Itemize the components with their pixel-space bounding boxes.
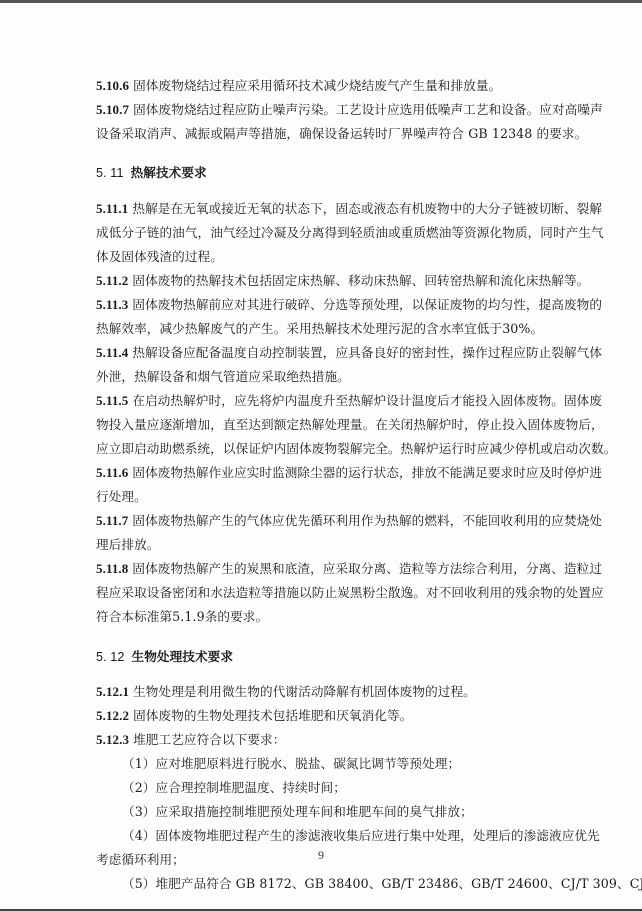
clause-text: 在启动热解炉时，应先将炉内温度升至热解炉设计温度后才能投入固体废物。固体废 (132, 393, 602, 408)
top-border (0, 0, 642, 3)
clause-number: 5.12.1 (96, 684, 129, 699)
clause-number: 5.10.7 (96, 102, 129, 117)
clause-text: 体及固体残渣的过程。 (96, 249, 223, 264)
clause-text: 生物处理是利用微生物的代谢活动降解有机固体废物的过程。 (133, 684, 476, 699)
clause-text: 热解是在无氧或接近无氧的状态下，固态或液态有机废物中的大分子链被切断、裂解 (132, 201, 602, 216)
clause-number: 5.11.8 (96, 561, 128, 576)
paragraph-line: 设备采取消声、减振或隔声等措施，确保设备运转时厂界噪声符合 GB 12348 的… (96, 126, 587, 142)
paragraph-line: 5.12.2固体废物的生物处理技术包括堆肥和厌氧消化等。 (96, 708, 412, 724)
clause-number: 5.10.6 (96, 78, 129, 93)
clause-number: 5.11.2 (96, 273, 128, 288)
clause-number: 5.12.3 (96, 732, 129, 747)
clause-text: 成低分子链的油气，油气经过冷凝及分离得到轻质油或重质燃油等资源化物质，同时产生气 (96, 225, 604, 240)
page-number: 9 (0, 848, 642, 863)
clause-text: 固体废物的热解技术包括固定床热解、移动床热解、回转窑热解和流化床热解等。 (132, 273, 589, 288)
clause-text: 热解设备应配备温度自动控制装置，应具备良好的密封性，操作过程应防止裂解气体 (132, 345, 602, 360)
clause-text: 固体废物烧结过程应采用循环技术减少烧结废气产生量和排放量。 (133, 78, 501, 93)
paragraph-line: 5.11.1热解是在无氧或接近无氧的状态下，固态或液态有机废物中的大分子链被切断… (96, 201, 602, 217)
clause-text: （3）应采取措施控制堆肥预处理车间和堆肥车间的臭气排放； (122, 804, 473, 819)
paragraph-line: 5.11.2固体废物的热解技术包括固定床热解、移动床热解、回转窑热解和流化床热解… (96, 273, 589, 289)
paragraph-line: 成低分子链的油气，油气经过冷凝及分离得到轻质油或重质燃油等资源化物质，同时产生气 (96, 225, 604, 241)
list-item-line: （1）应对堆肥原料进行脱水、脱盐、碳氮比调节等预处理； (122, 756, 460, 772)
clause-text: 设备采取消声、减振或隔声等措施，确保设备运转时厂界噪声符合 GB 12348 的… (96, 126, 587, 141)
paragraph-line: 程应采取设备密闭和水法造粒等措施以防止炭黑粉尘散逸。对不回收利用的残余物的处置应 (96, 585, 604, 601)
list-item-line: （3）应采取措施控制堆肥预处理车间和堆肥车间的臭气排放； (122, 804, 473, 820)
clause-text: 固体废物的生物处理技术包括堆肥和厌氧消化等。 (133, 708, 412, 723)
clause-text: 固体废物热解产生的气体应优先循环利用作为热解的燃料，不能回收利用的应焚烧处 (132, 513, 602, 528)
section-heading: 5. 11热解技术要求 (96, 165, 207, 181)
clause-number: 5.11.6 (96, 465, 128, 480)
clause-number: 5.11.5 (96, 393, 128, 408)
clause-text: 应立即启动助燃系统，以保证炉内固体废物裂解完全。热解炉运行时应减少停机或启动次数… (96, 441, 616, 456)
section-title: 生物处理技术要求 (132, 649, 234, 664)
clause-text: （1）应对堆肥原料进行脱水、脱盐、碳氮比调节等预处理； (122, 756, 460, 771)
clause-text: 固体废物热解作业应实时监测除尘器的运行状态，排放不能满足要求时应及时停炉进 (132, 465, 602, 480)
paragraph-line: 5.10.6固体废物烧结过程应采用循环技术减少烧结废气产生量和排放量。 (96, 78, 501, 94)
clause-text: 固体废物热解产生的炭黑和底渣，应采取分离、造粒等方法综合利用，分离、造粒过 (132, 561, 602, 576)
clause-text: 行处理。 (96, 489, 147, 504)
clause-text: 外泄，热解设备和烟气管道应采取绝热措施。 (96, 369, 350, 384)
paragraph-line: 5.11.8固体废物热解产生的炭黑和底渣，应采取分离、造粒等方法综合利用，分离、… (96, 561, 602, 577)
paragraph-line: 应立即启动助燃系统，以保证炉内固体废物裂解完全。热解炉运行时应减少停机或启动次数… (96, 441, 616, 457)
clause-text: 符合本标准第5.1.9条的要求。 (96, 609, 268, 624)
paragraph-line: 5.12.3堆肥工艺应符合以下要求： (96, 732, 285, 748)
clause-text: 物投入量应逐渐增加，直至达到额定热解处理量。在关闭热解炉时，停止投入固体废物后， (96, 417, 604, 432)
paragraph-line: 5.11.4热解设备应配备温度自动控制装置，应具备良好的密封性，操作过程应防止裂… (96, 345, 602, 361)
clause-text: 堆肥工艺应符合以下要求： (133, 732, 285, 747)
paragraph-line: 5.10.7固体废物烧结过程应防止噪声污染。工艺设计应选用低噪声工艺和设备。应对… (96, 102, 603, 118)
paragraph-line: 5.11.6固体废物热解作业应实时监测除尘器的运行状态，排放不能满足要求时应及时… (96, 465, 602, 481)
list-item-line: （2）应合理控制堆肥温度、持续时间； (122, 780, 346, 796)
clause-number: 5.12.2 (96, 708, 129, 723)
clause-text: （4）固体废物堆肥过程产生的渗滤液收集后应进行集中处理，处理后的渗滤液应优先 (122, 828, 600, 843)
paragraph-line: 理后排放。 (96, 537, 159, 553)
paragraph-line: 行处理。 (96, 489, 147, 505)
paragraph-line: 热解效率，减少热解废气的产生。采用热解技术处理污泥的含水率宜低于30%。 (96, 321, 543, 337)
clause-number: 5.11.7 (96, 513, 128, 528)
clause-number: 5.11.4 (96, 345, 128, 360)
clause-number: 5.11.3 (96, 297, 128, 312)
paragraph-line: 符合本标准第5.1.9条的要求。 (96, 609, 268, 625)
paragraph-line: 物投入量应逐渐增加，直至达到额定热解处理量。在关闭热解炉时，停止投入固体废物后， (96, 417, 604, 433)
list-item-line: （4）固体废物堆肥过程产生的渗滤液收集后应进行集中处理，处理后的渗滤液应优先 (122, 828, 600, 844)
paragraph-line: 5.11.7固体废物热解产生的气体应优先循环利用作为热解的燃料，不能回收利用的应… (96, 513, 602, 529)
list-item-line: （5）堆肥产品符合 GB 8172、GB 38400、GB/T 23486、GB… (122, 876, 642, 892)
section-number: 5. 11 (96, 166, 124, 180)
clause-number: 5.11.1 (96, 201, 128, 216)
clause-text: （2）应合理控制堆肥温度、持续时间； (122, 780, 346, 795)
paragraph-line: 5.11.5在启动热解炉时，应先将炉内温度升至热解炉设计温度后才能投入固体废物。… (96, 393, 602, 409)
section-title: 热解技术要求 (131, 165, 207, 180)
paragraph-line: 5.11.3固体废物热解前应对其进行破碎、分选等预处理，以保证废物的均匀性，提高… (96, 297, 602, 313)
clause-text: 理后排放。 (96, 537, 159, 552)
clause-text: 固体废物烧结过程应防止噪声污染。工艺设计应选用低噪声工艺和设备。应对高噪声 (133, 102, 603, 117)
section-number: 5. 12 (96, 650, 125, 664)
paragraph-line: 5.12.1生物处理是利用微生物的代谢活动降解有机固体废物的过程。 (96, 684, 476, 700)
clause-text: 热解效率，减少热解废气的产生。采用热解技术处理污泥的含水率宜低于30%。 (96, 321, 543, 336)
clause-text: 程应采取设备密闭和水法造粒等措施以防止炭黑粉尘散逸。对不回收利用的残余物的处置应 (96, 585, 604, 600)
paragraph-line: 外泄，热解设备和烟气管道应采取绝热措施。 (96, 369, 350, 385)
clause-text: （5）堆肥产品符合 GB 8172、GB 38400、GB/T 23486、GB… (122, 876, 642, 891)
clause-text: 固体废物热解前应对其进行破碎、分选等预处理，以保证废物的均匀性，提高废物的 (132, 297, 602, 312)
section-heading: 5. 12生物处理技术要求 (96, 649, 233, 665)
paragraph-line: 体及固体残渣的过程。 (96, 249, 223, 265)
